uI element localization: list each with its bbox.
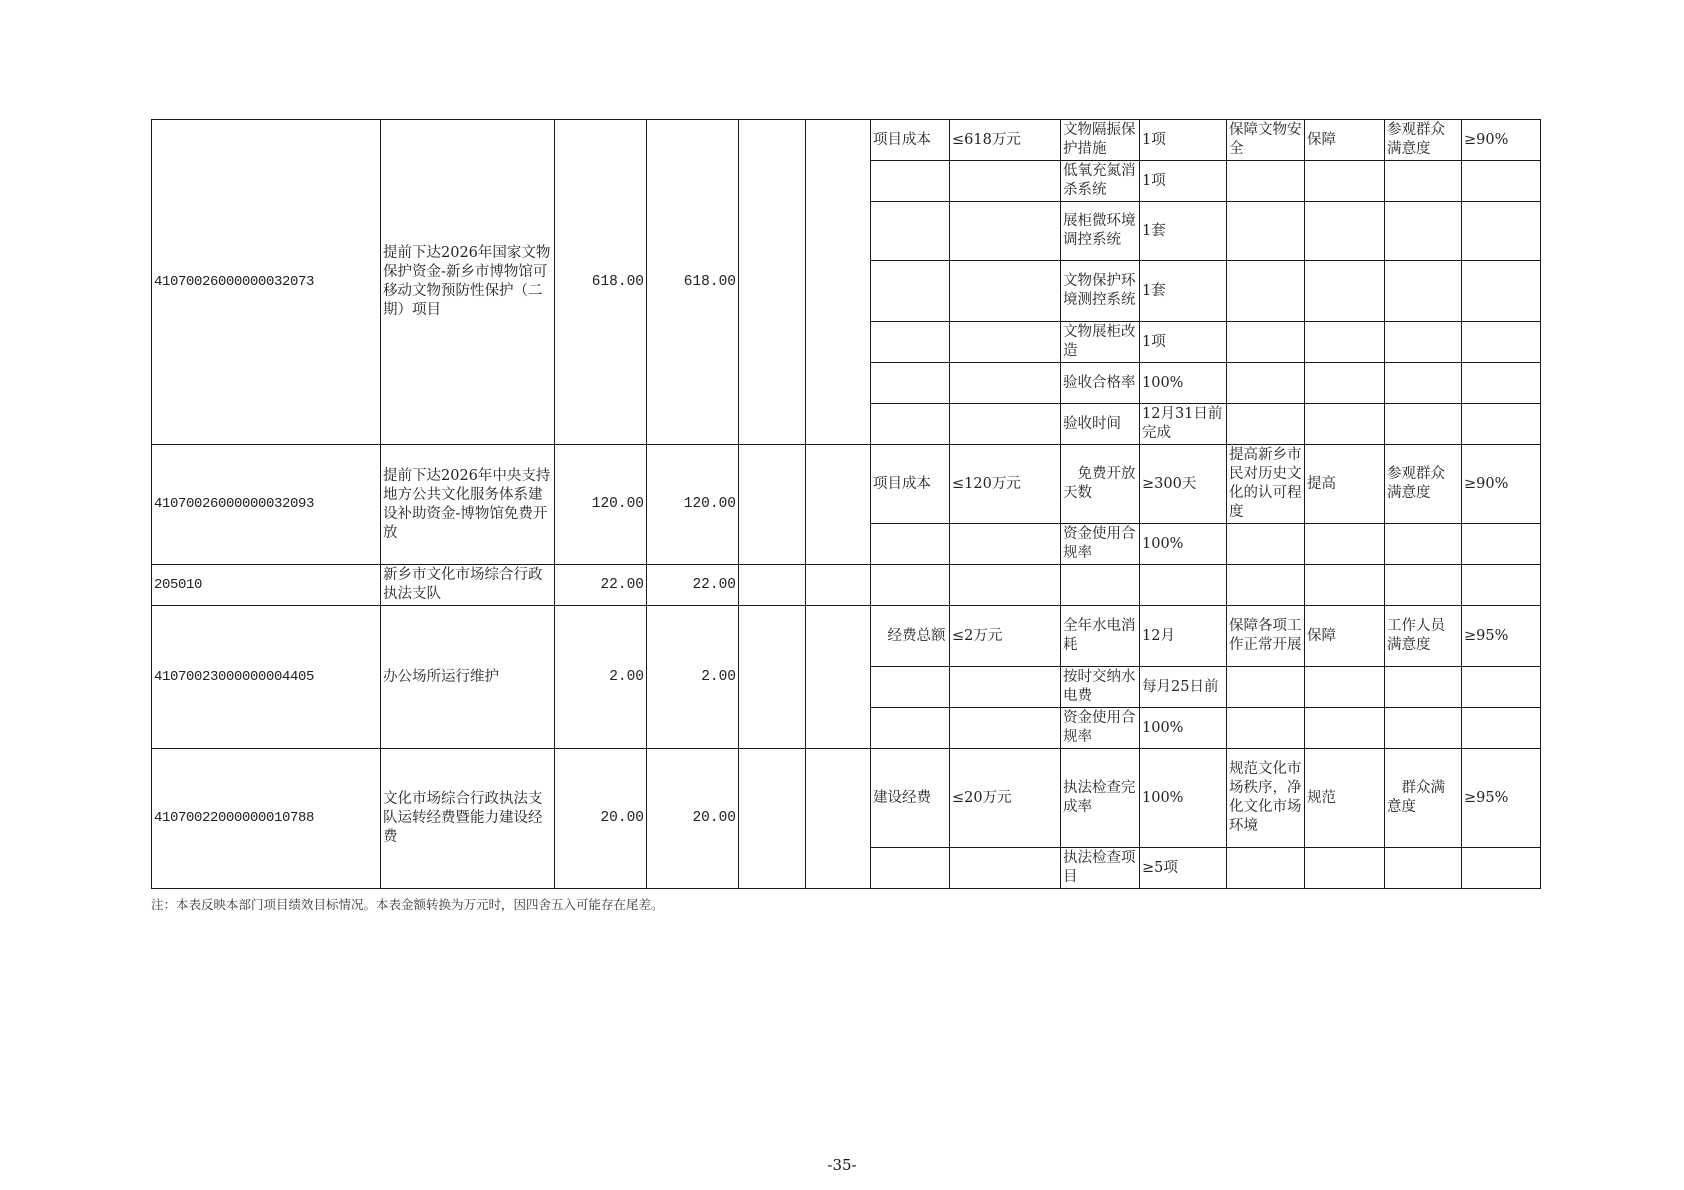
effect-value-cell — [1305, 708, 1385, 749]
cost-value-cell — [950, 708, 1061, 749]
empty-cell — [806, 445, 871, 565]
output-value-cell: 100% — [1140, 524, 1227, 565]
satisfaction-value-cell — [1462, 202, 1541, 261]
cost-value-cell — [950, 202, 1061, 261]
project-name-cell: 提前下达2026年国家文物保护资金-新乡市博物馆可移动文物预防性保护（二期）项目 — [381, 120, 555, 445]
satisfaction-indicator-cell — [1385, 565, 1462, 606]
output-value-cell: 每月25日前 — [1140, 667, 1227, 708]
effect-value-cell: 保障 — [1305, 120, 1385, 161]
effect-indicator-cell — [1227, 848, 1305, 889]
effect-value-cell — [1305, 322, 1385, 363]
project-code-cell: 41070026000000032073 — [152, 120, 381, 445]
output-value-cell: ≥300天 — [1140, 445, 1227, 524]
output-value-cell: 1项 — [1140, 322, 1227, 363]
satisfaction-value-cell — [1462, 708, 1541, 749]
cost-indicator-cell: 建设经费 — [871, 749, 950, 848]
satisfaction-indicator-cell — [1385, 848, 1462, 889]
satisfaction-indicator-cell — [1385, 202, 1462, 261]
project-code-cell: 205010 — [152, 565, 381, 606]
output-indicator-cell: 资金使用合规率 — [1061, 708, 1140, 749]
effect-value-cell — [1305, 261, 1385, 322]
output-value-cell: 1项 — [1140, 161, 1227, 202]
project-name-cell: 文化市场综合行政执法支队运转经费暨能力建设经费 — [381, 749, 555, 889]
empty-cell — [739, 606, 806, 749]
effect-indicator-cell — [1227, 161, 1305, 202]
project-name-cell: 新乡市文化市场综合行政执法支队 — [381, 565, 555, 606]
effect-value-cell — [1305, 848, 1385, 889]
effect-indicator-cell — [1227, 322, 1305, 363]
cost-value-cell: ≤120万元 — [950, 445, 1061, 524]
output-indicator-cell: 文物隔振保护措施 — [1061, 120, 1140, 161]
project-code-cell: 41070022000000010788 — [152, 749, 381, 889]
output-indicator-cell: 资金使用合规率 — [1061, 524, 1140, 565]
cost-indicator-cell — [871, 161, 950, 202]
project-code-cell: 41070023000000004405 — [152, 606, 381, 749]
output-value-cell: ≥5项 — [1140, 848, 1227, 889]
satisfaction-value-cell — [1462, 161, 1541, 202]
empty-cell — [806, 120, 871, 445]
cost-value-cell — [950, 161, 1061, 202]
cost-value-cell: ≤618万元 — [950, 120, 1061, 161]
satisfaction-value-cell — [1462, 363, 1541, 404]
satisfaction-indicator-cell: 群众满意度 — [1385, 749, 1462, 848]
cost-value-cell — [950, 848, 1061, 889]
empty-cell — [806, 749, 871, 889]
total-amount-cell: 618.00 — [555, 120, 647, 445]
satisfaction-value-cell — [1462, 261, 1541, 322]
cost-indicator-cell — [871, 202, 950, 261]
effect-indicator-cell: 保障文物安全 — [1227, 120, 1305, 161]
output-indicator-cell — [1061, 565, 1140, 606]
satisfaction-indicator-cell: 工作人员满意度 — [1385, 606, 1462, 667]
table-row: 205010新乡市文化市场综合行政执法支队22.0022.00 — [152, 565, 1541, 606]
cost-value-cell: ≤20万元 — [950, 749, 1061, 848]
satisfaction-value-cell — [1462, 404, 1541, 445]
output-value-cell: 12月31日前完成 — [1140, 404, 1227, 445]
cost-indicator-cell — [871, 524, 950, 565]
table-row: 41070026000000032093提前下达2026年中央支持地方公共文化服… — [152, 445, 1541, 524]
satisfaction-indicator-cell — [1385, 524, 1462, 565]
effect-indicator-cell: 规范文化市场秩序，净化文化市场环境 — [1227, 749, 1305, 848]
output-indicator-cell: 免费开放天数 — [1061, 445, 1140, 524]
empty-cell — [739, 120, 806, 445]
empty-cell — [806, 565, 871, 606]
satisfaction-value-cell: ≥90% — [1462, 120, 1541, 161]
fiscal-amount-cell: 618.00 — [647, 120, 739, 445]
satisfaction-indicator-cell: 参观群众满意度 — [1385, 445, 1462, 524]
effect-indicator-cell: 提高新乡市民对历史文化的认可程度 — [1227, 445, 1305, 524]
satisfaction-indicator-cell — [1385, 363, 1462, 404]
satisfaction-indicator-cell — [1385, 161, 1462, 202]
fiscal-amount-cell: 20.00 — [647, 749, 739, 889]
cost-indicator-cell — [871, 363, 950, 404]
empty-cell — [806, 606, 871, 749]
total-amount-cell: 22.00 — [555, 565, 647, 606]
effect-indicator-cell — [1227, 202, 1305, 261]
output-value-cell: 1项 — [1140, 120, 1227, 161]
effect-indicator-cell — [1227, 565, 1305, 606]
satisfaction-value-cell — [1462, 524, 1541, 565]
satisfaction-indicator-cell: 参观群众满意度 — [1385, 120, 1462, 161]
total-amount-cell: 20.00 — [555, 749, 647, 889]
effect-value-cell — [1305, 404, 1385, 445]
output-indicator-cell: 展柜微环境调控系统 — [1061, 202, 1140, 261]
output-indicator-cell: 验收合格率 — [1061, 363, 1140, 404]
empty-cell — [739, 445, 806, 565]
output-value-cell: 1套 — [1140, 261, 1227, 322]
cost-indicator-cell: 经费总额 — [871, 606, 950, 667]
effect-value-cell — [1305, 161, 1385, 202]
output-indicator-cell: 低氧充氮消杀系统 — [1061, 161, 1140, 202]
effect-indicator-cell — [1227, 524, 1305, 565]
table-row: 41070026000000032073提前下达2026年国家文物保护资金-新乡… — [152, 120, 1541, 161]
effect-value-cell: 保障 — [1305, 606, 1385, 667]
output-value-cell: 1套 — [1140, 202, 1227, 261]
output-value-cell: 12月 — [1140, 606, 1227, 667]
table-row: 41070023000000004405办公场所运行维护2.002.00 经费总… — [152, 606, 1541, 667]
satisfaction-indicator-cell — [1385, 322, 1462, 363]
fiscal-amount-cell: 22.00 — [647, 565, 739, 606]
satisfaction-indicator-cell — [1385, 404, 1462, 445]
satisfaction-value-cell — [1462, 848, 1541, 889]
effect-value-cell: 规范 — [1305, 749, 1385, 848]
fiscal-amount-cell: 2.00 — [647, 606, 739, 749]
effect-indicator-cell — [1227, 261, 1305, 322]
project-name-cell: 办公场所运行维护 — [381, 606, 555, 749]
empty-cell — [739, 749, 806, 889]
cost-value-cell — [950, 261, 1061, 322]
cost-indicator-cell — [871, 848, 950, 889]
output-indicator-cell: 执法检查项目 — [1061, 848, 1140, 889]
effect-indicator-cell — [1227, 667, 1305, 708]
effect-value-cell — [1305, 565, 1385, 606]
total-amount-cell: 2.00 — [555, 606, 647, 749]
satisfaction-value-cell: ≥95% — [1462, 606, 1541, 667]
effect-value-cell — [1305, 202, 1385, 261]
output-indicator-cell: 按时交纳水电费 — [1061, 667, 1140, 708]
effect-value-cell: 提高 — [1305, 445, 1385, 524]
satisfaction-indicator-cell — [1385, 261, 1462, 322]
cost-indicator-cell — [871, 322, 950, 363]
table-row: 41070022000000010788文化市场综合行政执法支队运转经费暨能力建… — [152, 749, 1541, 848]
output-indicator-cell: 全年水电消耗 — [1061, 606, 1140, 667]
effect-indicator-cell: 保障各项工作正常开展 — [1227, 606, 1305, 667]
cost-indicator-cell — [871, 404, 950, 445]
cost-indicator-cell: 项目成本 — [871, 445, 950, 524]
performance-target-table: 41070026000000032073提前下达2026年国家文物保护资金-新乡… — [151, 119, 1541, 889]
cost-value-cell — [950, 404, 1061, 445]
effect-value-cell — [1305, 524, 1385, 565]
satisfaction-indicator-cell — [1385, 708, 1462, 749]
cost-value-cell: ≤2万元 — [950, 606, 1061, 667]
satisfaction-value-cell — [1462, 322, 1541, 363]
satisfaction-value-cell: ≥90% — [1462, 445, 1541, 524]
satisfaction-value-cell — [1462, 565, 1541, 606]
output-value-cell: 100% — [1140, 749, 1227, 848]
effect-indicator-cell — [1227, 404, 1305, 445]
output-value-cell — [1140, 565, 1227, 606]
page-number: -35- — [0, 1156, 1684, 1174]
project-name-cell: 提前下达2026年中央支持地方公共文化服务体系建设补助资金-博物馆免费开放 — [381, 445, 555, 565]
effect-indicator-cell — [1227, 363, 1305, 404]
project-code-cell: 41070026000000032093 — [152, 445, 381, 565]
cost-indicator-cell: 项目成本 — [871, 120, 950, 161]
effect-value-cell — [1305, 363, 1385, 404]
output-indicator-cell: 执法检查完成率 — [1061, 749, 1140, 848]
table-footnote: 注：本表反映本部门项目绩效目标情况。本表金额转换为万元时，因四舍五入可能存在尾差… — [151, 895, 664, 913]
satisfaction-indicator-cell — [1385, 667, 1462, 708]
cost-indicator-cell — [871, 667, 950, 708]
satisfaction-value-cell: ≥95% — [1462, 749, 1541, 848]
empty-cell — [739, 565, 806, 606]
output-indicator-cell: 文物展柜改造 — [1061, 322, 1140, 363]
fiscal-amount-cell: 120.00 — [647, 445, 739, 565]
cost-value-cell — [950, 524, 1061, 565]
output-indicator-cell: 验收时间 — [1061, 404, 1140, 445]
cost-indicator-cell — [871, 708, 950, 749]
effect-value-cell — [1305, 667, 1385, 708]
cost-value-cell — [950, 322, 1061, 363]
satisfaction-value-cell — [1462, 667, 1541, 708]
cost-indicator-cell — [871, 261, 950, 322]
cost-value-cell — [950, 363, 1061, 404]
cost-value-cell — [950, 565, 1061, 606]
cost-indicator-cell — [871, 565, 950, 606]
output-indicator-cell: 文物保护环境测控系统 — [1061, 261, 1140, 322]
total-amount-cell: 120.00 — [555, 445, 647, 565]
output-value-cell: 100% — [1140, 708, 1227, 749]
cost-value-cell — [950, 667, 1061, 708]
effect-indicator-cell — [1227, 708, 1305, 749]
output-value-cell: 100% — [1140, 363, 1227, 404]
